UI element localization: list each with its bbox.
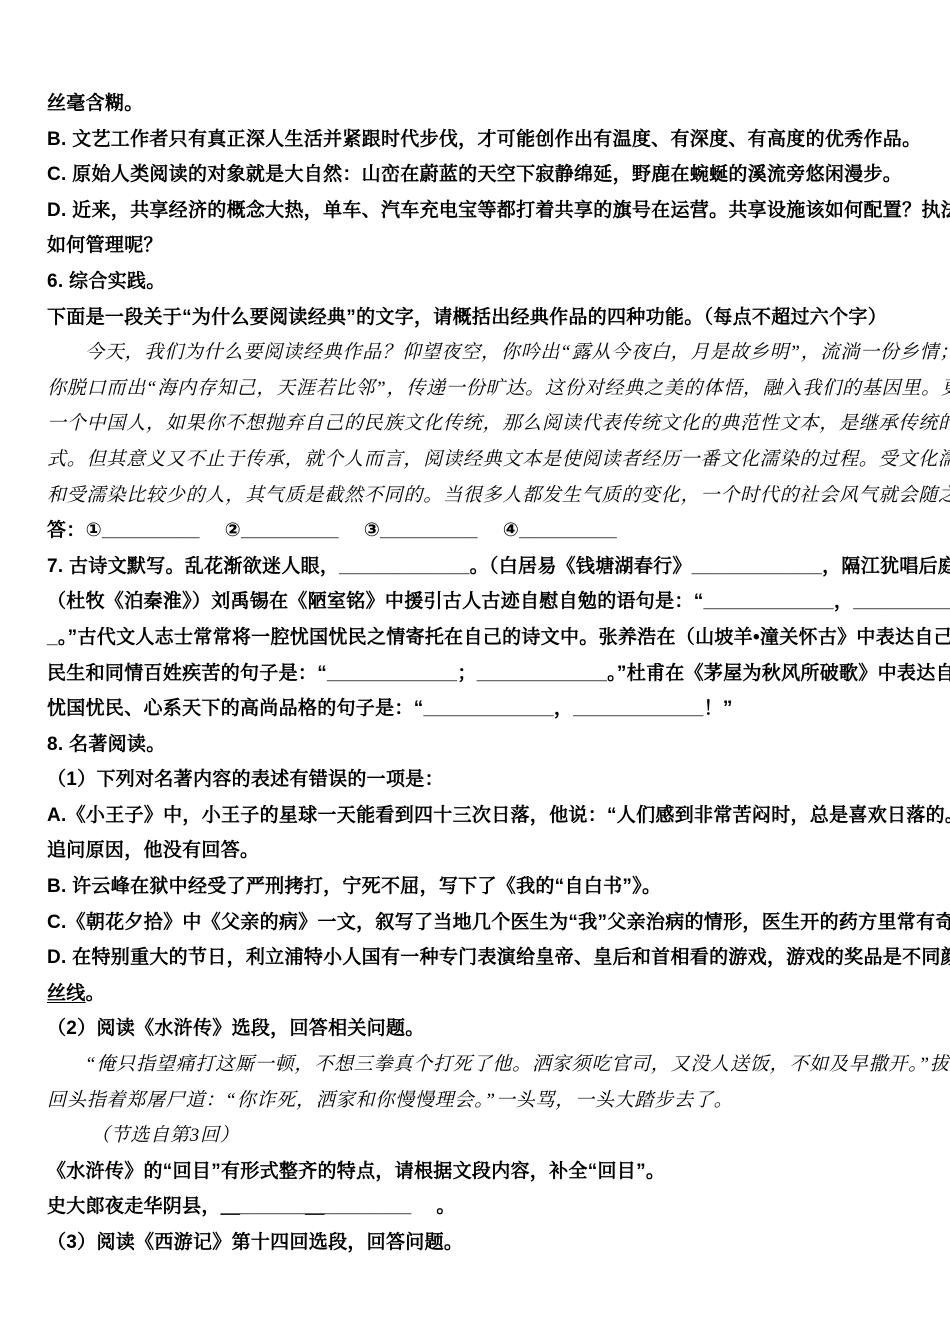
text-line: 和受濡染比较少的人，其气质是截然不同的。当很多人都发生气质的变化，一个时代的社会… xyxy=(47,478,906,514)
text-line: 7. 古诗文默写。乱花渐欲迷人眼，____________。（白居易《钱塘湖春行… xyxy=(47,549,906,585)
text-line: C.《朝花夕拾》中《父亲的病》一文，叙写了当地几个医生为“我”父亲治病的情形，医… xyxy=(47,905,906,941)
text-line: 史大郎夜走华阴县，＿______＿________ 。 xyxy=(47,1189,906,1225)
text-line: B. 许云峰在狱中经受了严刑拷打，宁死不屈，写下了《我的“自白书”》。 xyxy=(47,869,906,905)
text-line: 如何管理呢？ xyxy=(47,228,906,264)
text-line: 式。但其意义又不止于传承，就个人而言，阅读经典文本是使阅读者经历一番文化濡染的过… xyxy=(47,442,906,478)
text-line: C. 原始人类阅读的对象就是大自然：山峦在蔚蓝的天空下寂静绵延，野鹿在蜿蜒的溪流… xyxy=(47,157,906,193)
text-line: 8. 名著阅读。 xyxy=(47,727,906,763)
text-line: 答：①_________ ②_________ ③_________ ④____… xyxy=(47,513,906,549)
text-line: 忧国忧民、心系天下的高尚品格的句子是：“____________，_______… xyxy=(47,691,906,727)
text-line: 《水浒传》的“回目”有形式整齐的特点，请根据文段内容，补全“回目”。 xyxy=(47,1154,906,1190)
text-line: （节选自第3回） xyxy=(47,1118,906,1154)
text-line: B. 文艺工作者只有真正深人生活并紧跟时代步伐，才可能创作出有温度、有深度、有高… xyxy=(47,122,906,158)
text-line: 追问原因，他没有回答。 xyxy=(47,833,906,869)
text-line: 一个中国人，如果你不想抛弃自己的民族文化传统，那么阅读代表传统文化的典范性文本，… xyxy=(47,406,906,442)
text-line: （杜牧《泊秦淮》）刘禹锡在《陋室铭》中援引古人古迹自慰自勉的语句是：“_____… xyxy=(47,584,906,620)
text-line: （1）下列对名著内容的表述有错误的一项是： xyxy=(47,762,906,798)
text-line: 你脱口而出“海内存知己，天涯若比邻”，传递一份旷达。这份对经典之美的体悟，融入我… xyxy=(47,371,906,407)
text-line: “俺只指望痛打这厮一顿，不想三拳真个打死了他。洒家须吃官司，又没人送饭，不如及早… xyxy=(47,1047,906,1083)
text-line: 6. 综合实践。 xyxy=(47,264,906,300)
text-line: D. 近来，共享经济的概念大热，单车、汽车充电宝等都打着共享的旗号在运营。共享设… xyxy=(47,193,906,229)
document-text-block: 丝毫含糊。B. 文艺工作者只有真正深人生活并紧跟时代步伐，才可能创作出有温度、有… xyxy=(47,86,906,1261)
text-line: A.《小王子》中，小王子的星球一天能看到四十三次日落，他说：“人们感到非常苦闷时… xyxy=(47,798,906,834)
exam-paper-page: 丝毫含糊。B. 文艺工作者只有真正深人生活并紧跟时代步伐，才可能创作出有温度、有… xyxy=(0,0,950,1344)
text-line: 下面是一段关于“为什么要阅读经典”的文字，请概括出经典作品的四种功能。（每点不超… xyxy=(47,300,906,336)
text-line: （2）阅读《水浒传》选段，回答相关问题。 xyxy=(47,1011,906,1047)
text-line: 今天，我们为什么要阅读经典作品？仰望夜空，你吟出“露从今夜白，月是故乡明”，流淌… xyxy=(47,335,906,371)
text-line: 丝线。 xyxy=(47,976,906,1012)
text-line: （3）阅读《西游记》第十四回选段，回答问题。 xyxy=(47,1225,906,1261)
text-line: _。”古代文人志士常常将一腔忧国忧民之情寄托在自己的诗文中。张养浩在（山坡羊•潼… xyxy=(47,620,906,656)
text-line: 回头指着郑屠尸道：“你诈死，洒家和你慢慢理会。”一头骂，一头大踏步去了。 xyxy=(47,1083,906,1119)
text-line: D. 在特别重大的节日，利立浦特小人国有一种专门表演给皇帝、皇后和首相看的游戏，… xyxy=(47,940,906,976)
text-line: 丝毫含糊。 xyxy=(47,86,906,122)
text-line: 民生和同情百姓疾苦的句子是：“____________；____________… xyxy=(47,656,906,692)
